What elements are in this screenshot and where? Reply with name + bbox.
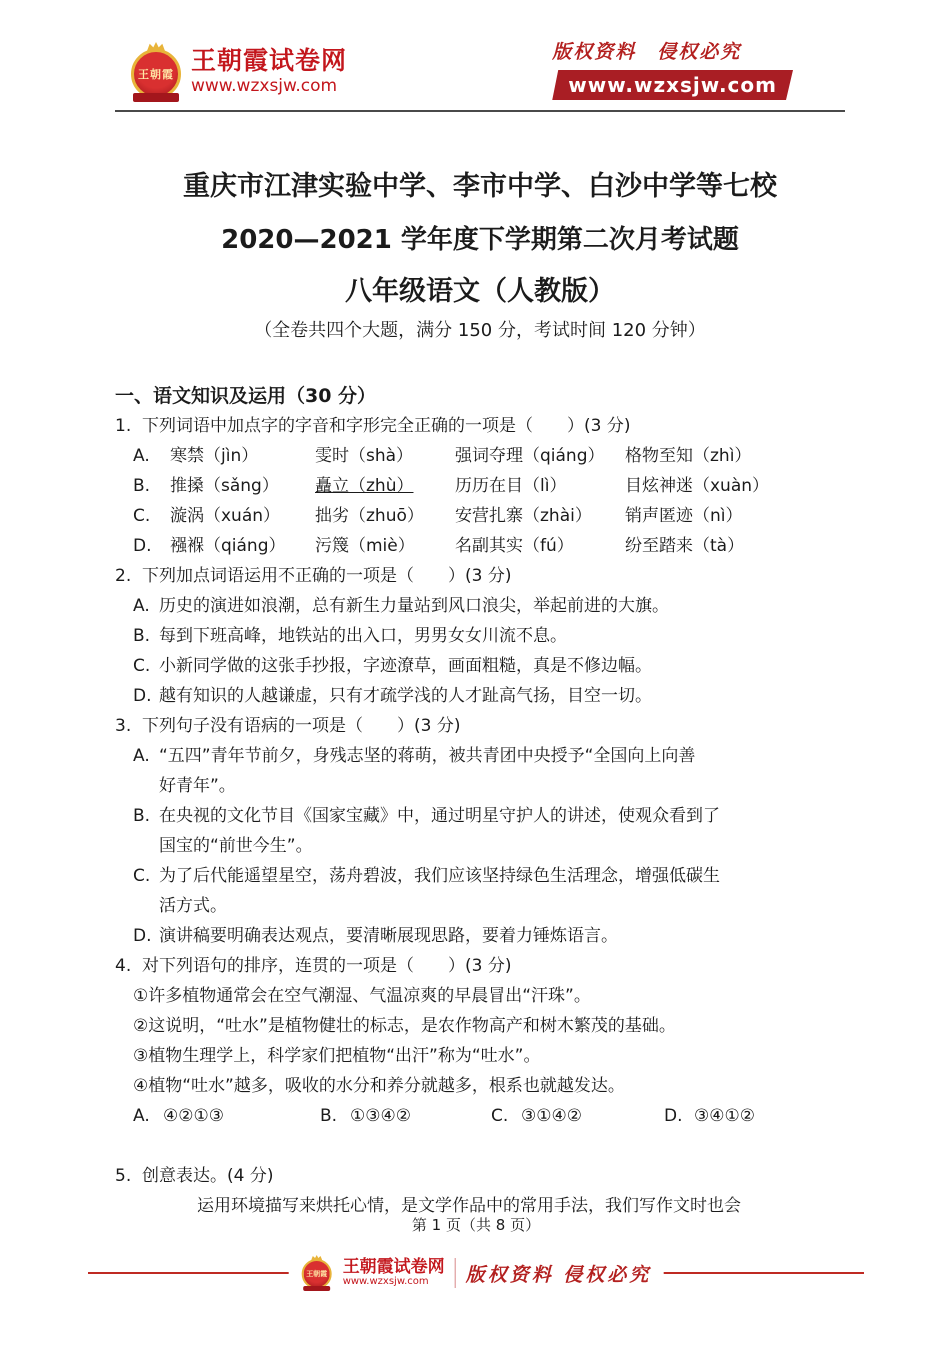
q1-stem: 1. 下列词语中加点字的字音和字形完全正确的一项是（ ）(3 分) — [115, 411, 845, 441]
option-letter: B. — [133, 801, 159, 861]
q2-option-a: A. 历史的演进如浪潮，总有新生力量站到风口浪尖，举起前进的大旗。 — [133, 591, 845, 621]
option-value: ③④①② — [694, 1106, 755, 1126]
option-word: 安营扎寨（zhài） — [455, 501, 625, 531]
option-word: 名副其实（fú） — [455, 531, 625, 561]
option-text: 历史的演进如浪潮，总有新生力量站到风口浪尖，举起前进的大旗。 — [159, 591, 845, 621]
q2-option-d: D. 越有知识的人越谦虚，只有才疏学浅的人才趾高气扬，目空一切。 — [133, 681, 845, 711]
option-value: ④②①③ — [163, 1106, 224, 1126]
option-word: 格物至知（zhì） — [625, 441, 845, 471]
option-letter: C. — [491, 1101, 521, 1131]
q4-answer-row: A.④②①③ B.①③④② C.③①④② D.③④①② — [133, 1101, 845, 1131]
emblem-ribbon — [133, 93, 179, 102]
option-letter: C. — [133, 501, 170, 531]
option-text-line: “五四”青年节前夕，身残志坚的蒋萌，被共青团中央授予“全国向上向善 — [159, 741, 845, 771]
option-text-line: 活方式。 — [159, 891, 845, 921]
option-letter: A. — [133, 441, 170, 471]
q4-answer-a: A.④②①③ — [133, 1101, 320, 1131]
option-word: 目炫神迷（xuàn） — [625, 471, 845, 501]
q2-stem: 2. 下列加点词语运用不正确的一项是（ ）(3 分) — [115, 561, 845, 591]
spacer — [115, 1131, 845, 1161]
option-text: 每到下班高峰，地铁站的出入口，男男女女川流不息。 — [159, 621, 845, 651]
q3-option-c: C. 为了后代能遥望星空，荡舟碧波，我们应该坚持绿色生活理念，增强低碳生 活方式… — [133, 861, 845, 921]
q1-option-row-a: A. 寒禁（jìn） 雯时（shà） 强词夺理（qiáng） 格物至知（zhì） — [133, 441, 845, 471]
brand-logo: 王朝霞 王朝霞试卷网 www.wzxsjw.com — [129, 42, 347, 102]
option-letter: A. — [133, 741, 159, 801]
brand-emblem-icon: 王朝霞 — [301, 1255, 333, 1291]
q3-option-a: A. “五四”青年节前夕，身残志坚的蒋萌，被共青团中央授予“全国向上向善 好青年… — [133, 741, 845, 801]
copyright-slogan: 版权资料 侵权必究 — [466, 1260, 652, 1287]
option-word: 推搡（sǎng） — [170, 471, 315, 501]
exam-note: （全卷共四个大题，满分 150 分，考试时间 120 分钟） — [115, 319, 845, 343]
footer-divider — [455, 1258, 456, 1288]
q4-answer-d: D.③④①② — [664, 1101, 845, 1131]
option-text: 越有知识的人越谦虚，只有才疏学浅的人才趾高气扬，目空一切。 — [159, 681, 845, 711]
option-word: 强词夺理（qiáng） — [455, 441, 625, 471]
option-word: 矗立（zhù） — [315, 471, 455, 501]
q3-stem: 3. 下列句子没有语病的一项是（ ）(3 分) — [115, 711, 845, 741]
option-letter: B. — [133, 621, 159, 651]
footer-brand-block: 王朝霞 王朝霞试卷网 www.wzxsjw.com 版权资料 侵权必究 — [289, 1249, 664, 1297]
option-text-line: 国宝的“前世今生”。 — [159, 831, 845, 861]
exam-title-schools: 重庆市江津实验中学、李市中学、白沙中学等七校 — [115, 170, 845, 204]
option-text-line: 演讲稿要明确表达观点，要清晰展现思路，要着力锤炼语言。 — [159, 921, 845, 951]
option-letter: D. — [133, 531, 170, 561]
emblem-text: 王朝霞 — [138, 66, 174, 82]
option-text-line: 好青年”。 — [159, 771, 845, 801]
q4-stem: 4. 对下列语句的排序，连贯的一项是（ ）(3 分) — [115, 951, 845, 981]
option-word: 雯时（shà） — [315, 441, 455, 471]
option-letter: A. — [133, 591, 159, 621]
option-text: 小新同学做的这张手抄报，字迹潦草，画面粗糙，真是不修边幅。 — [159, 651, 845, 681]
emblem-core: 王朝霞 — [131, 49, 181, 99]
q4-sentence-4: ④植物“吐水”越多，吸收的水分和养分就越多，根系也就越发达。 — [133, 1071, 845, 1101]
option-word: 污篾（miè） — [315, 531, 455, 561]
q4-sentence-2: ②这说明，“吐水”是植物健壮的标志，是农作物高产和树木繁茂的基础。 — [133, 1011, 845, 1041]
option-word: 漩涡（xuán） — [170, 501, 315, 531]
option-text-line: 在央视的文化节目《国家宝藏》中，通过明星守护人的讲述，使观众看到了 — [159, 801, 845, 831]
q4-sentence-1: ①许多植物通常会在空气潮湿、气温凉爽的早晨冒出“汗珠”。 — [133, 981, 845, 1011]
emblem-text: 王朝霞 — [306, 1269, 327, 1279]
q1-option-row-c: C. 漩涡（xuán） 拙劣（zhuō） 安营扎寨（zhài） 销声匿迹（nì） — [133, 501, 845, 531]
emblem-core: 王朝霞 — [302, 1259, 332, 1289]
brand-name: 王朝霞试卷网 — [343, 1258, 445, 1277]
brand-url: www.wzxsjw.com — [343, 1276, 445, 1288]
option-letter: C. — [133, 651, 159, 681]
q2-option-b: B. 每到下班高峰，地铁站的出入口，男男女女川流不息。 — [133, 621, 845, 651]
option-letter: A. — [133, 1101, 163, 1131]
option-letter: D. — [133, 681, 159, 711]
option-text-line: 为了后代能遥望星空，荡舟碧波，我们应该坚持绿色生活理念，增强低碳生 — [159, 861, 845, 891]
q5-stem: 5. 创意表达。(4 分) — [115, 1161, 845, 1191]
option-word: 销声匿迹（nì） — [625, 501, 845, 531]
option-word: 历历在目（lì） — [455, 471, 625, 501]
option-word: 寒禁（jìn） — [170, 441, 315, 471]
q4-answer-c: C.③①④② — [491, 1101, 664, 1131]
option-letter: B. — [133, 471, 170, 501]
header-right-block: 版权资料 侵权必究 www.wzxsjw.com — [552, 37, 793, 102]
exam-content: 重庆市江津实验中学、李市中学、白沙中学等七校 2020—2021 学年度下学期第… — [115, 114, 845, 1221]
copyright-slogan: 版权资料 侵权必究 — [552, 37, 741, 64]
q4-sentence-3: ③植物生理学上，科学家们把植物“出汗”称为“吐水”。 — [133, 1041, 845, 1071]
emblem-ribbon — [303, 1286, 330, 1291]
url-banner: www.wzxsjw.com — [552, 70, 793, 100]
q1-option-row-b: B. 推搡（sǎng） 矗立（zhù） 历历在目（lì） 目炫神迷（xuàn） — [133, 471, 845, 501]
option-letter: B. — [320, 1101, 350, 1131]
option-word: 纷至踏来（tà） — [625, 531, 845, 561]
brand-text-block: 王朝霞试卷网 www.wzxsjw.com — [191, 47, 347, 96]
option-value: ①③④② — [350, 1106, 411, 1126]
option-text: “五四”青年节前夕，身残志坚的蒋萌，被共青团中央授予“全国向上向善 好青年”。 — [159, 741, 845, 801]
q2-option-c: C. 小新同学做的这张手抄报，字迹潦草，画面粗糙，真是不修边幅。 — [133, 651, 845, 681]
option-text: 演讲稿要明确表达观点，要清晰展现思路，要着力锤炼语言。 — [159, 921, 845, 951]
option-letter: D. — [664, 1101, 694, 1131]
option-value: ③①④② — [521, 1106, 582, 1126]
option-letter: D. — [133, 921, 159, 951]
brand-name: 王朝霞试卷网 — [191, 47, 347, 76]
option-word: 襁褓（qiáng） — [170, 531, 315, 561]
option-text: 为了后代能遥望星空，荡舟碧波，我们应该坚持绿色生活理念，增强低碳生 活方式。 — [159, 861, 845, 921]
page-number: 第 1 页（共 8 页） — [0, 1212, 952, 1238]
option-letter: C. — [133, 861, 159, 921]
q3-option-d: D. 演讲稿要明确表达观点，要清晰展现思路，要着力锤炼语言。 — [133, 921, 845, 951]
q3-option-b: B. 在央视的文化节目《国家宝藏》中，通过明星守护人的讲述，使观众看到了 国宝的… — [133, 801, 845, 861]
section-heading: 一、语文知识及运用（30 分） — [115, 381, 845, 411]
brand-emblem-icon: 王朝霞 — [129, 42, 183, 102]
exam-title-term: 2020—2021 学年度下学期第二次月考试题 — [115, 223, 845, 257]
q1-option-row-d: D. 襁褓（qiáng） 污篾（miè） 名副其实（fú） 纷至踏来（tà） — [133, 531, 845, 561]
banner-url-text: www.wzxsjw.com — [568, 73, 777, 97]
exam-title-subject: 八年级语文（人教版） — [115, 275, 845, 309]
footer-brand-text: 王朝霞试卷网 www.wzxsjw.com — [343, 1258, 445, 1289]
option-text: 在央视的文化节目《国家宝藏》中，通过明星守护人的讲述，使观众看到了 国宝的“前世… — [159, 801, 845, 861]
page-header: 王朝霞 王朝霞试卷网 www.wzxsjw.com 版权资料 侵权必究 www.… — [115, 0, 845, 112]
q4-answer-b: B.①③④② — [320, 1101, 491, 1131]
exam-paper-page: 王朝霞 王朝霞试卷网 www.wzxsjw.com 版权资料 侵权必究 www.… — [0, 0, 952, 1347]
option-word: 拙劣（zhuō） — [315, 501, 455, 531]
brand-url: www.wzxsjw.com — [191, 76, 347, 96]
